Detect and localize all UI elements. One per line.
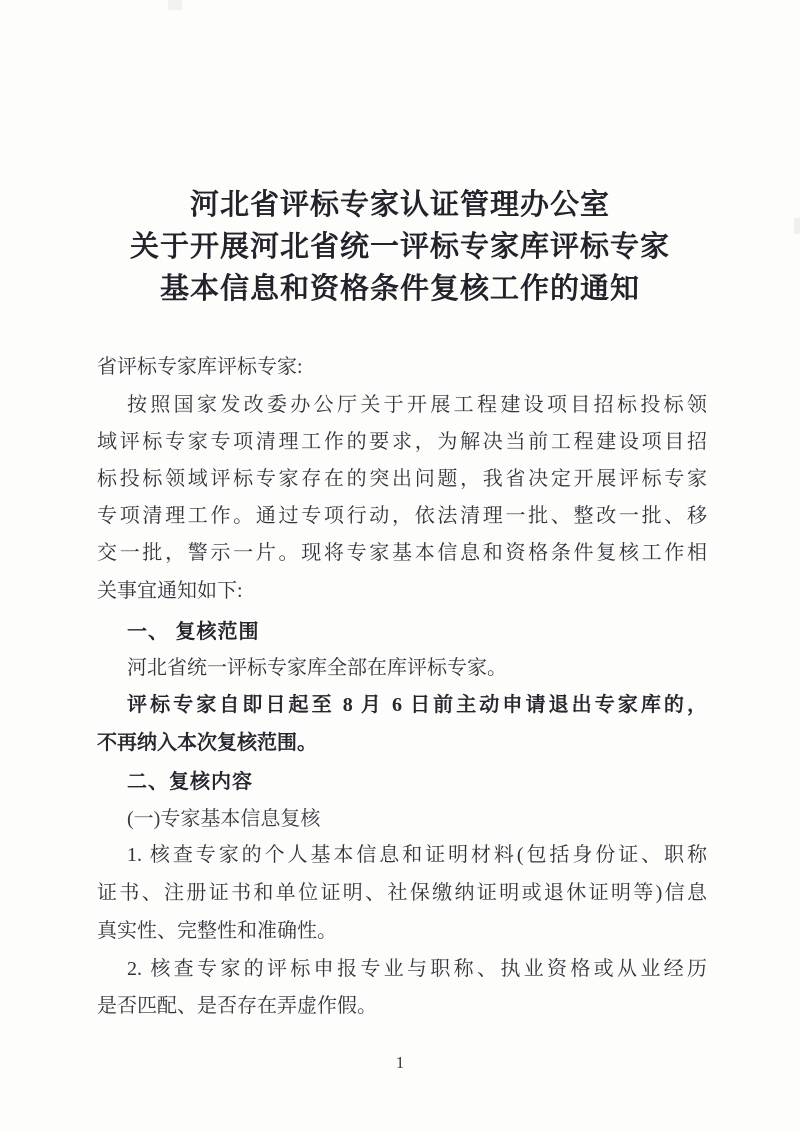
paragraph-line: 2. 核查专家的评标申报专业与职称、执业资格或从业经历 bbox=[97, 955, 707, 983]
paragraph-line: 按照国家发改委办公厅关于开展工程建设项目招标投标领 bbox=[97, 391, 707, 419]
scan-artifact bbox=[168, 0, 182, 10]
document-title: 河北省评标专家认证管理办公室 关于开展河北省统一评标专家库评标专家 基本信息和资… bbox=[0, 184, 800, 310]
subsection-heading: (一)专家基本信息复核 bbox=[97, 805, 707, 833]
title-line-1: 河北省评标专家认证管理办公室 bbox=[0, 184, 800, 226]
paragraph-line: 关事宜通知如下: bbox=[97, 577, 707, 605]
salutation-line: 省评标专家库评标专家: bbox=[97, 353, 707, 381]
paragraph-line: 证书、注册证书和单位证明、社保缴纳证明或退休证明等)信息 bbox=[97, 879, 707, 907]
bold-paragraph-line: 不再纳入本次复核范围。 bbox=[97, 729, 707, 757]
title-line-2: 关于开展河北省统一评标专家库评标专家 bbox=[0, 226, 800, 268]
page-number: 1 bbox=[0, 1053, 800, 1073]
paragraph-line: 交一批，警示一片。现将专家基本信息和资格条件复核工作相 bbox=[97, 539, 707, 567]
paragraph-line: 是否匹配、是否存在弄虚作假。 bbox=[97, 992, 707, 1020]
title-line-3: 基本信息和资格条件复核工作的通知 bbox=[0, 268, 800, 310]
section-heading-2: 二、复核内容 bbox=[97, 768, 707, 796]
paragraph-line: 专项清理工作。通过专项行动，依法清理一批、整改一批、移 bbox=[97, 502, 707, 530]
paragraph-line: 标投标领域评标专家存在的突出问题，我省决定开展评标专家 bbox=[97, 465, 707, 493]
section-heading-1: 一、 复核范围 bbox=[97, 618, 707, 646]
paragraph-line: 域评标专家专项清理工作的要求，为解决当前工程建设项目招 bbox=[97, 428, 707, 456]
paragraph-line: 河北省统一评标专家库全部在库评标专家。 bbox=[97, 654, 707, 682]
scanned-document-page: 河北省评标专家认证管理办公室 关于开展河北省统一评标专家库评标专家 基本信息和资… bbox=[0, 0, 800, 1132]
bold-paragraph-line: 评标专家自即日起至 8 月 6 日前主动申请退出专家库的， bbox=[97, 691, 707, 719]
paragraph-line: 1. 核查专家的个人基本信息和证明材料(包括身份证、职称 bbox=[97, 841, 707, 869]
paragraph-line: 真实性、完整性和准确性。 bbox=[97, 917, 707, 945]
